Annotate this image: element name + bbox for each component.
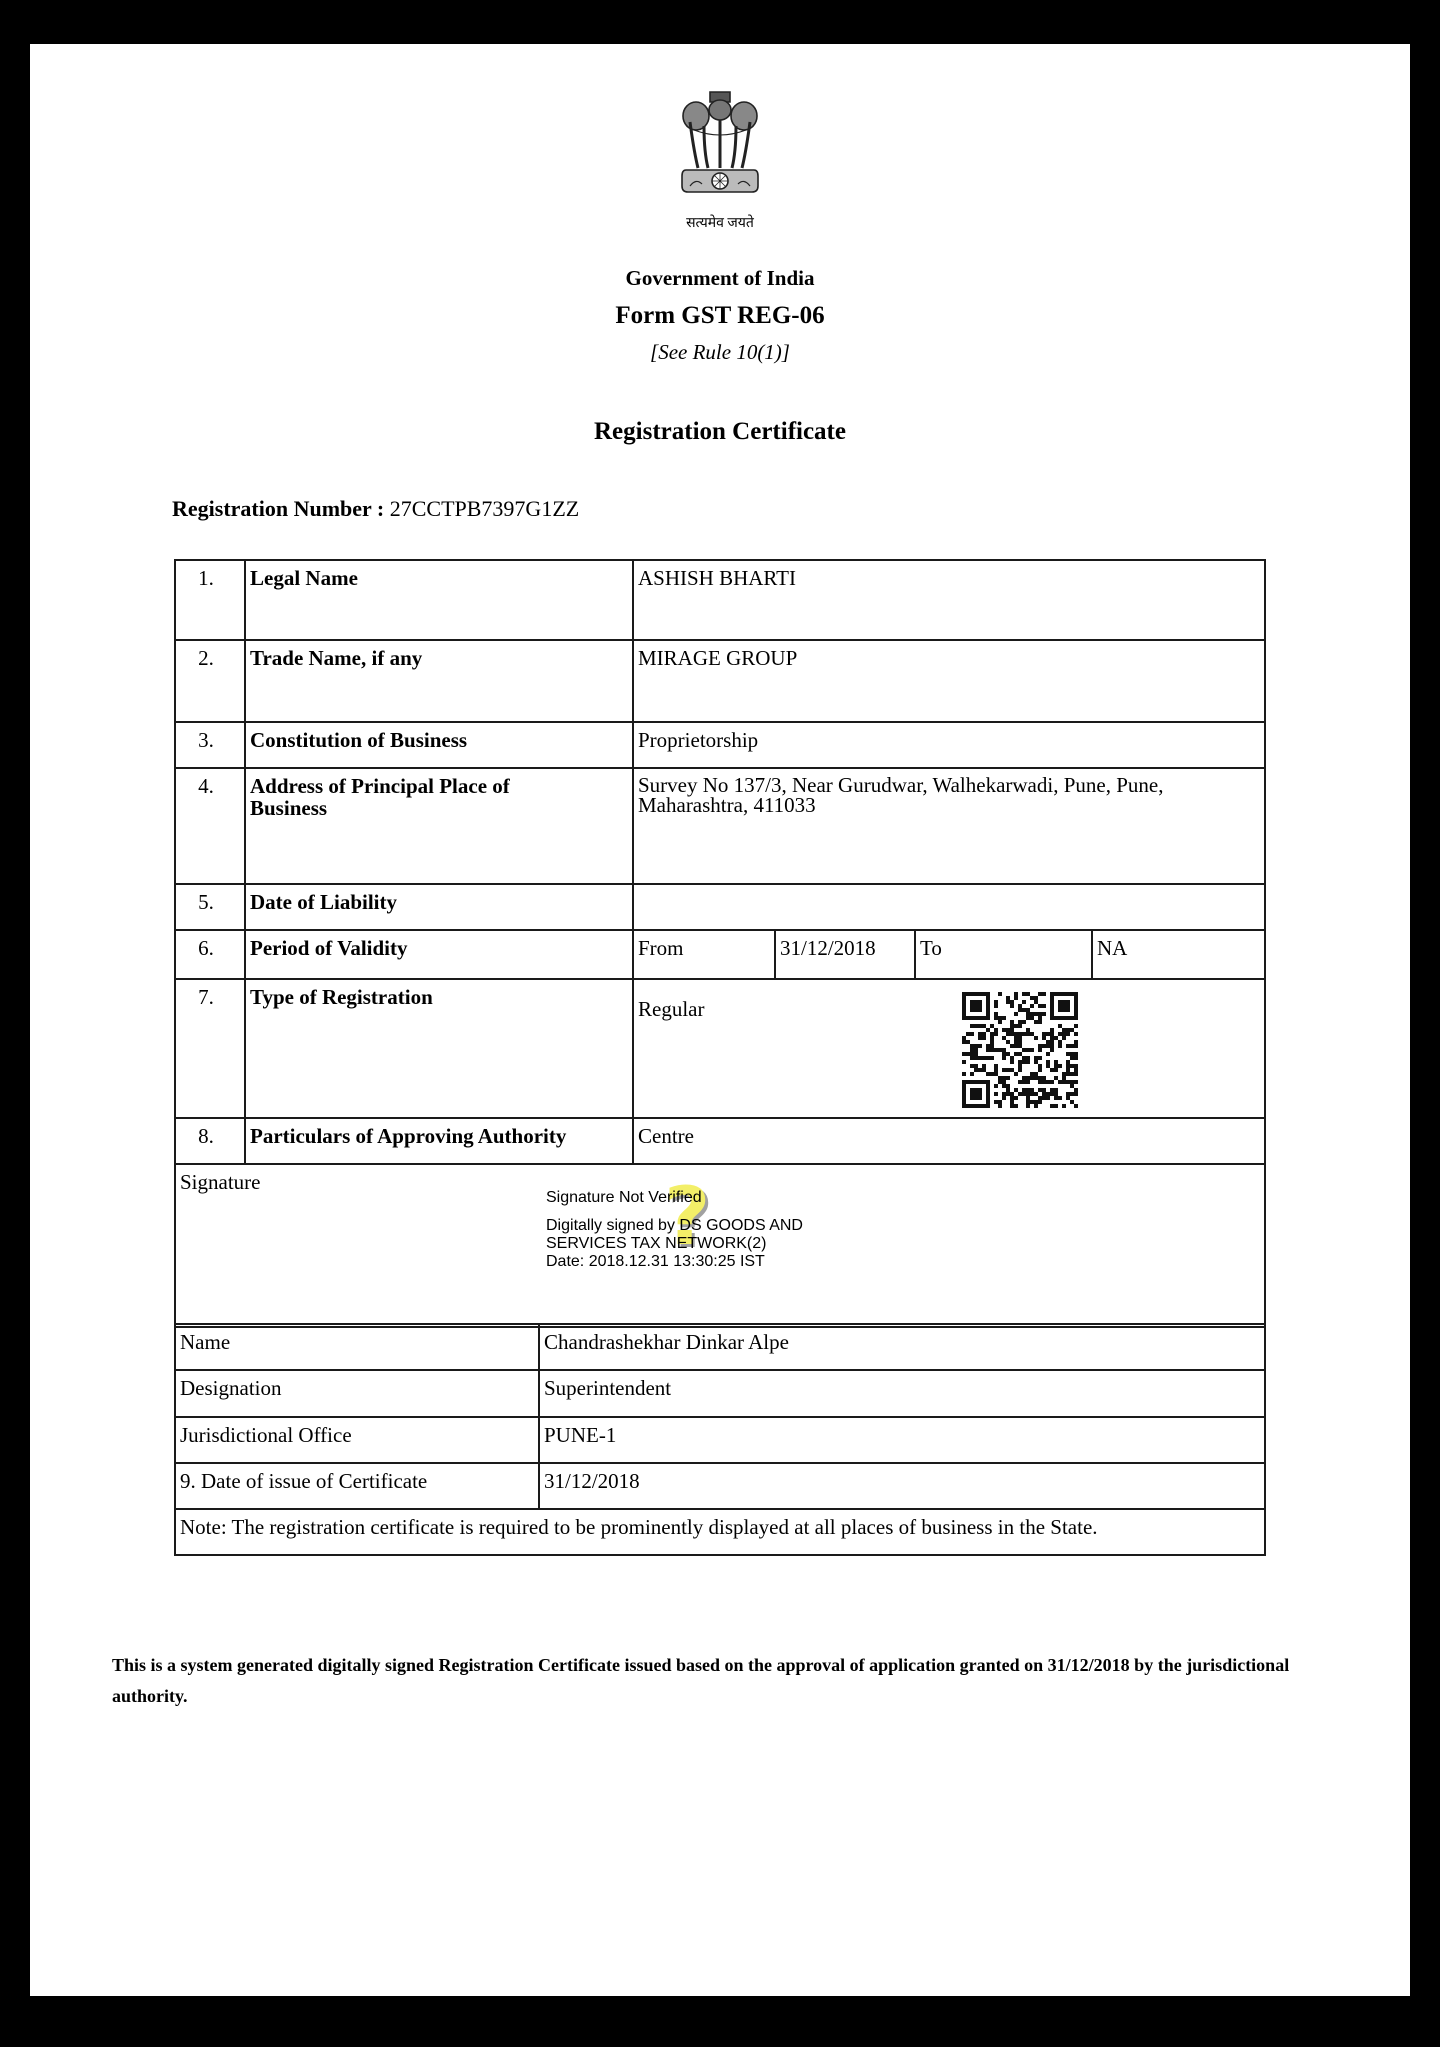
table-row-trade-name: 2. Trade Name, if any MIRAGE GROUP [175, 640, 1265, 722]
qr-code-icon [962, 992, 1078, 1108]
address-value: Survey No 137/3, Near Gurudwar, Walhekar… [634, 769, 1264, 815]
validity-from-label: From [634, 931, 774, 959]
emblem-motto: सत्यमेव जयते [0, 213, 1440, 232]
row-number: 5. [176, 885, 244, 913]
legal-name-label: Legal Name [246, 561, 632, 589]
approving-authority-value: Centre [634, 1119, 1264, 1147]
registration-number-value: 27CCTPB7397G1ZZ [390, 496, 579, 521]
row-number: 3. [176, 723, 244, 751]
digital-signature-block[interactable]: Signature Not Verified Digitally signed … [546, 1189, 803, 1271]
registration-number-label: Registration Number : [172, 496, 384, 521]
table-row-period-of-validity: 6. Period of Validity From 31/12/2018 To… [175, 930, 1265, 979]
trade-name-value: MIRAGE GROUP [634, 641, 1264, 669]
validity-to-label: To [916, 931, 1091, 959]
constitution-label: Constitution of Business [246, 723, 632, 751]
jurisdictional-office-label: Jurisdictional Office [176, 1418, 538, 1446]
constitution-value: Proprietorship [634, 723, 1264, 751]
authority-name-value: Chandrashekhar Dinkar Alpe [540, 1325, 1264, 1353]
system-generated-footer: This is a system generated digitally sig… [112, 1650, 1342, 1712]
row-number: 8. [176, 1119, 244, 1147]
date-of-issue-value: 31/12/2018 [540, 1464, 1264, 1492]
date-of-issue-label: 9. Date of issue of Certificate [176, 1464, 538, 1492]
national-emblem-icon [676, 86, 764, 206]
authority-name-label: Name [176, 1325, 538, 1353]
table-row-note: Note: The registration certificate is re… [175, 1509, 1265, 1555]
table-row: 9. Date of issue of Certificate 31/12/20… [175, 1463, 1265, 1509]
table-row-address: 4. Address of Principal Place of Busines… [175, 768, 1265, 884]
certificate-title: Registration Certificate [0, 418, 1440, 446]
table-row: Designation Superintendent [175, 1370, 1265, 1417]
designation-label: Designation [176, 1371, 538, 1399]
display-note: Note: The registration certificate is re… [176, 1510, 1264, 1538]
type-of-registration-label: Type of Registration [246, 980, 632, 1008]
table-row: Name Chandrashekhar Dinkar Alpe [175, 1324, 1265, 1370]
table-row: Jurisdictional Office PUNE-1 [175, 1417, 1265, 1463]
date-of-liability-label: Date of Liability [246, 885, 632, 913]
table-row-constitution: 3. Constitution of Business Proprietorsh… [175, 722, 1265, 768]
jurisdictional-office-value: PUNE-1 [540, 1418, 1264, 1446]
validity-from-value: 31/12/2018 [776, 931, 914, 959]
table-row-type-of-registration: 7. Type of Registration Regular [175, 979, 1265, 1118]
table-row-signature: Signature ? Signature Not Verified Digit… [175, 1164, 1265, 1327]
registration-details-table: 1. Legal Name ASHISH BHARTI 2. Trade Nam… [174, 559, 1266, 1328]
authority-table: Name Chandrashekhar Dinkar Alpe Designat… [174, 1323, 1266, 1556]
table-row-legal-name: 1. Legal Name ASHISH BHARTI [175, 560, 1265, 640]
row-number: 1. [176, 561, 244, 589]
form-title: Form GST REG-06 [0, 302, 1440, 330]
type-of-registration-value: Regular [634, 980, 1264, 1020]
address-label: Address of Principal Place of Business [246, 769, 632, 819]
table-row-date-of-liability: 5. Date of Liability [175, 884, 1265, 930]
trade-name-label: Trade Name, if any [246, 641, 632, 669]
signed-by-line-1: Digitally signed by DS GOODS AND [546, 1217, 803, 1235]
signature-date: Date: 2018.12.31 13:30:25 IST [546, 1253, 803, 1271]
row-number: 4. [176, 769, 244, 797]
row-number: 6. [176, 931, 244, 959]
validity-to-value: NA [1093, 931, 1264, 959]
date-of-liability-value [634, 885, 1264, 891]
approving-authority-label: Particulars of Approving Authority [246, 1119, 632, 1147]
legal-name-value: ASHISH BHARTI [634, 561, 1264, 589]
signed-by-line-2: SERVICES TAX NETWORK(2) [546, 1235, 803, 1253]
row-number: 7. [176, 980, 244, 1008]
validity-subtable: From 31/12/2018 To NA [634, 931, 1264, 978]
signature-status: Signature Not Verified [546, 1189, 803, 1207]
rule-reference: [See Rule 10(1)] [0, 340, 1440, 365]
designation-value: Superintendent [540, 1371, 1264, 1399]
period-of-validity-label: Period of Validity [246, 931, 632, 959]
table-row-approving-authority: 8. Particulars of Approving Authority Ce… [175, 1118, 1265, 1164]
row-number: 2. [176, 641, 244, 669]
registration-number-line: Registration Number : 27CCTPB7397G1ZZ [172, 496, 579, 522]
government-heading: Government of India [0, 266, 1440, 291]
